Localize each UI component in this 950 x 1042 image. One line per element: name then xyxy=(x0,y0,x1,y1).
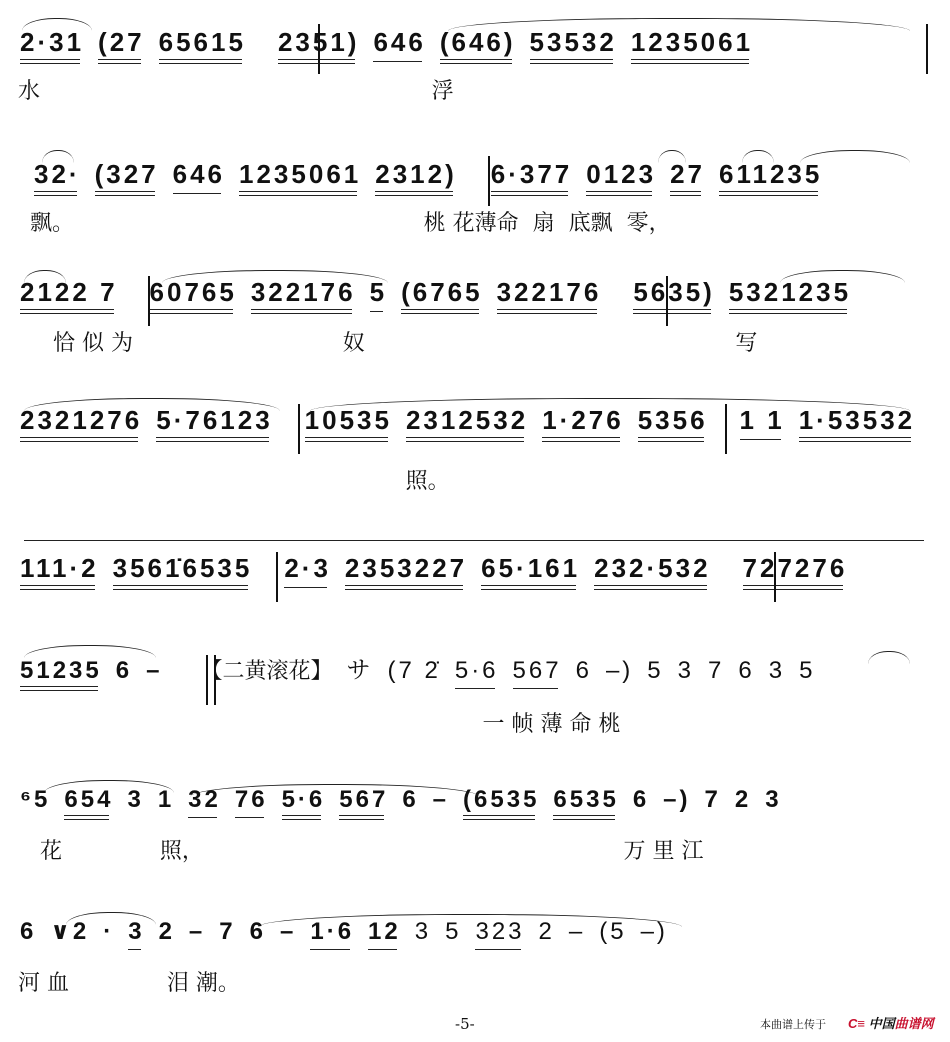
note-group: 1·6 xyxy=(310,918,354,952)
note-group: 3561̇6535 xyxy=(113,553,253,590)
note-group: 2·31 xyxy=(20,27,84,64)
note-group: (7 2̇ xyxy=(387,657,440,691)
note-group: 5·6 xyxy=(455,657,499,691)
site-logo[interactable]: C≡ 中国曲谱网 xyxy=(848,1013,934,1032)
note: 7 xyxy=(219,918,235,952)
section-label: 【二黄滚花】 xyxy=(200,654,332,691)
note-group: 654 xyxy=(64,786,113,820)
note-group: (27 xyxy=(98,27,145,64)
note-group: 1·276 xyxy=(542,405,624,442)
lyrics-line: 一 帧 薄 命 桃 xyxy=(0,707,621,738)
note-group: 27 xyxy=(670,159,705,196)
double-barline xyxy=(176,685,186,691)
upload-note: 本曲谱上传于 xyxy=(760,1016,826,1032)
note-group: 65·161 xyxy=(481,553,580,590)
note: 6 xyxy=(116,657,132,691)
note-group: 10535 xyxy=(305,405,392,442)
notation-line: ⁶5 654 3 1 32 76 5·6 567 6 – (6535 6535 … xyxy=(20,786,930,820)
tie-line xyxy=(24,540,924,541)
note-group: 32 xyxy=(188,786,221,820)
grace-note-group: ⁶5 xyxy=(20,786,50,820)
note-group: 65615 xyxy=(159,27,246,64)
note-group: 5635) xyxy=(633,277,715,314)
note-group: 2321276 xyxy=(20,405,142,442)
note-group: 5·76123 xyxy=(156,405,272,442)
note-group: 5 xyxy=(370,277,387,314)
note-group: 5·6 xyxy=(282,786,326,820)
note-group: 646 xyxy=(373,27,425,64)
notation-line: 111·2 3561̇6535 2·3 2353227 65·161 232·5… xyxy=(20,556,930,590)
barline xyxy=(725,404,727,454)
note-group: 1235061 xyxy=(239,159,361,196)
score-system-5: 111·2 3561̇6535 2·3 2353227 65·161 232·5… xyxy=(0,540,950,610)
score-system-2: 32· (327 646 1235061 2312) 6·377 0123 27… xyxy=(0,150,950,240)
site-name-part2: 曲谱网 xyxy=(895,1016,934,1031)
notation-line: 51235 6 – 【二黄滚花】 サ (7 2̇ 5·6 567 6 –) 5 … xyxy=(20,657,930,691)
note-group: 2312532 xyxy=(406,405,528,442)
lyrics-line: 花 照， 万 里 江 xyxy=(40,834,703,865)
barline xyxy=(287,436,291,442)
note-group: 322176 xyxy=(251,277,356,314)
note-group: 60765 xyxy=(150,277,237,314)
barline xyxy=(488,156,490,206)
note-group: 111·2 xyxy=(20,553,99,590)
note: 7 xyxy=(705,786,721,820)
note-group: 5356 xyxy=(638,405,708,442)
notation-line: 6 ∨2 · 3 2 – 7 6 – 1·6 12 3 5 323 2 – (5… xyxy=(20,918,930,952)
note-group: 12 xyxy=(368,918,401,952)
note-group: 32· xyxy=(34,159,81,196)
score-system-8: 6 ∨2 · 3 2 – 7 6 – 1·6 12 3 5 323 2 – (5… xyxy=(0,900,950,995)
note: 7 xyxy=(708,657,724,691)
note-group: 232·532 xyxy=(594,553,710,590)
note: 6 xyxy=(576,657,592,691)
note-group: 6·377 xyxy=(491,159,573,196)
score-system-6: 51235 6 – 【二黄滚花】 サ (7 2̇ 5·6 567 6 –) 5 … xyxy=(0,645,950,735)
note: 2 xyxy=(159,918,175,952)
note-group: 567 xyxy=(513,657,562,691)
barline xyxy=(725,584,729,590)
dot: · xyxy=(103,918,114,952)
note: 3 xyxy=(128,918,144,952)
note-group: 53532 xyxy=(530,27,617,64)
note-group: 51235 xyxy=(20,657,102,691)
note: 3 xyxy=(415,918,431,952)
note: 3 xyxy=(769,657,785,691)
lyrics-line: 水 浮 xyxy=(18,74,454,105)
note: 3 xyxy=(765,786,781,820)
note-group: 1235061 xyxy=(631,27,753,64)
note: 3 xyxy=(678,657,694,691)
lyrics-line: 飘。 桃 花薄命 扇 底飘 零， xyxy=(30,206,671,237)
dash: – xyxy=(280,918,296,952)
note-group: 1 1 xyxy=(740,405,785,442)
note-group: 1·53532 xyxy=(799,405,915,442)
note-group: (6765 xyxy=(401,277,483,314)
site-name-part1: 中国 xyxy=(869,1016,895,1031)
note: 5 xyxy=(445,918,461,952)
note: 5 xyxy=(647,657,663,691)
logo-icon: C≡ xyxy=(848,1016,865,1031)
note: 2 xyxy=(735,786,751,820)
barline xyxy=(276,552,278,602)
dash: – xyxy=(433,786,449,820)
barline xyxy=(471,190,477,196)
lyrics-line: 恰 似 为 奴 写 xyxy=(18,326,757,357)
dash: –) xyxy=(663,786,690,820)
lyrics-line: 照。 xyxy=(0,464,450,495)
dash: – xyxy=(146,657,162,691)
note-group: 646 xyxy=(173,159,225,196)
note: 5 xyxy=(799,657,815,691)
notation-line: 32· (327 646 1235061 2312) 6·377 0123 27… xyxy=(34,162,930,196)
note-group: 611235 xyxy=(719,159,822,196)
barline xyxy=(132,308,136,314)
score-system-3: 2122 7 60765 322176 5 (6765 322176 5635)… xyxy=(0,270,950,360)
note: 6 xyxy=(250,918,266,952)
dash: – xyxy=(569,918,585,952)
note-group: 0123 xyxy=(586,159,656,196)
note-group: 5321235 xyxy=(729,277,851,314)
note-group: (646) xyxy=(440,27,516,64)
note-group: 323 xyxy=(475,918,524,952)
note-group: 6535 xyxy=(553,786,618,820)
barline xyxy=(926,24,928,74)
lyrics-line: 河 血 泪 潮。 xyxy=(18,966,240,997)
notation-line: 2321276 5·76123 10535 2312532 1·276 5356… xyxy=(20,408,930,442)
note: 6 xyxy=(402,786,418,820)
note: 2 xyxy=(539,918,555,952)
note-group: 322176 xyxy=(497,277,602,314)
dash: –) xyxy=(641,918,668,952)
score-system-7: ⁶5 654 3 1 32 76 5·6 567 6 – (6535 6535 … xyxy=(0,772,950,872)
barline xyxy=(260,58,264,64)
free-meter-mark: サ xyxy=(346,650,373,691)
breath-mark-note: ∨2 xyxy=(50,917,89,952)
dash: –) xyxy=(606,657,633,691)
note-group: 2·3 xyxy=(284,553,331,590)
note: 6 xyxy=(633,786,649,820)
notation-line: 2·31 (27 65615 2351) 646 (646) 53532 123… xyxy=(20,30,930,64)
score-system-1: 2·31 (27 65615 2351) 646 (646) 53532 123… xyxy=(0,18,950,108)
barline xyxy=(266,584,270,590)
barline xyxy=(298,404,300,454)
note-group: 567 xyxy=(339,786,388,820)
note-group: 2312) xyxy=(375,159,457,196)
note: 6 xyxy=(20,918,36,952)
note-group: 2122 7 xyxy=(20,277,118,314)
note-group: 76 xyxy=(235,786,268,820)
note-group: 727276 xyxy=(743,553,848,590)
score-system-4: 2321276 5·76123 10535 2312532 1·276 5356… xyxy=(0,398,950,488)
barline xyxy=(615,308,619,314)
note-group: (6535 xyxy=(463,786,539,820)
note: 3 xyxy=(127,786,143,820)
note-group: (327 xyxy=(95,159,159,196)
note: (5 xyxy=(599,918,626,952)
dash: – xyxy=(189,918,205,952)
note: 6 xyxy=(738,657,754,691)
page-number: -5- xyxy=(455,1015,475,1033)
notation-line: 2122 7 60765 322176 5 (6765 322176 5635)… xyxy=(20,280,930,314)
note-group: 2353227 xyxy=(345,553,467,590)
note: 1 xyxy=(158,786,174,820)
